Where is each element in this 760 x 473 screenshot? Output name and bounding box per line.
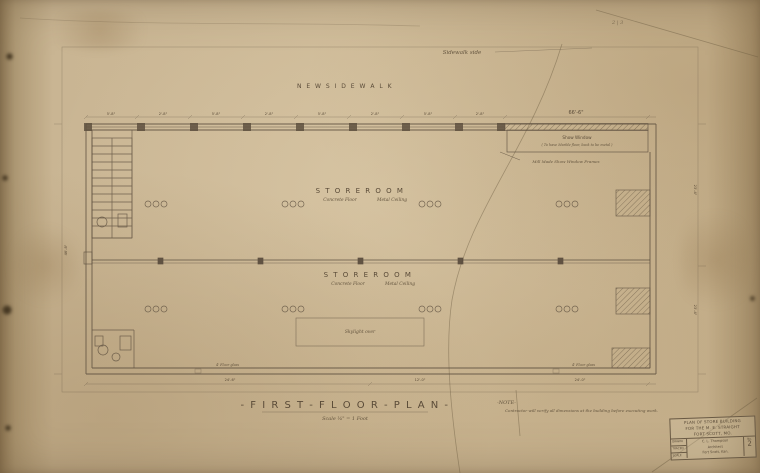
right-dim: 23'-4" <box>693 185 697 196</box>
bottom-dim: 24'-0" <box>575 378 586 382</box>
floor-plan-drawing: N E W S I D E W A L K Sidewalk side 2 | … <box>0 0 760 473</box>
top-dim: 5'-8" <box>212 112 221 116</box>
top-dim: 5'-8" <box>424 112 433 116</box>
pencil-corner-note: 2 | 3 <box>611 20 623 26</box>
store-room-2-label: S T O R E R O O M <box>324 271 413 279</box>
bottom-dim: 24'-6" <box>225 378 236 382</box>
right-dim: 23'-4" <box>693 305 697 316</box>
border-dimension-frame <box>54 47 706 392</box>
front-total-dimension: 66'-6" <box>568 110 583 116</box>
show-window-label: Show Window <box>562 135 592 140</box>
note-title: -NOTE- <box>497 400 516 406</box>
top-dim: 2'-8" <box>159 112 168 116</box>
top-dim: 2'-8" <box>371 112 380 116</box>
top-dim: 2'-8" <box>265 112 274 116</box>
top-dim: 5'-8" <box>107 112 116 116</box>
sheet-title: - F I R S T - F L O O R - P L A N - <box>240 400 449 411</box>
stair-and-toilet-rooms <box>84 130 134 368</box>
show-window-frames-label: Mill Made Show Window Frames <box>531 159 599 164</box>
sheet-number-cell: No. 2 <box>743 437 756 456</box>
show-window-sub-label: ( To have Marble floor, back to be metal… <box>542 143 614 147</box>
sheet-number: 2 <box>744 441 755 448</box>
architect-stamp: C. L. Thompson Architect Fort Scott, Kan… <box>687 437 744 458</box>
scanned-blueprint-sheet: N E W S I D E W A L K Sidewalk side 2 | … <box>0 0 760 473</box>
store-room-2-floor: Concrete Floor <box>331 282 365 287</box>
sidewalk-side-note: Sidewalk side <box>443 50 482 56</box>
top-dim: 2'-8" <box>476 112 485 116</box>
store-room-1-label: S T O R E R O O M <box>316 187 405 195</box>
sheet-scale: Scale ¼" = 1 Foot <box>322 415 369 422</box>
note-body: Contractor will verify all dimensions at… <box>505 408 658 413</box>
dimension-lines <box>84 48 656 386</box>
scale-label: SCALE <box>672 453 687 459</box>
column-symbols <box>145 201 578 312</box>
store-room-2-ceiling: Metal Ceiling <box>384 282 415 287</box>
floor-glass-label-2: 4' Floor glass <box>571 363 595 367</box>
top-dim: 5'-8" <box>318 112 327 116</box>
center-girder-line <box>92 258 650 264</box>
new-side-walk-label: N E W S I D E W A L K <box>297 83 393 90</box>
title-block: PLAN OF STORE BUILDING FOR THE M. E. STR… <box>669 416 756 461</box>
left-dim: 46'-8" <box>64 244 68 255</box>
store-room-1-floor: Concrete Floor <box>323 198 357 203</box>
store-room-1-ceiling: Metal Ceiling <box>376 198 407 203</box>
bottom-dim: 12'-0" <box>415 378 426 382</box>
title-block-columns: DRAWN TRACED SCALE <box>671 439 688 459</box>
floor-glass-label-1: 4' Floor glass <box>215 363 239 367</box>
right-wall-piers <box>612 190 650 368</box>
architect-city: Fort Scott, Kan. <box>687 449 743 456</box>
skylight-label: Skylight over <box>345 329 376 335</box>
